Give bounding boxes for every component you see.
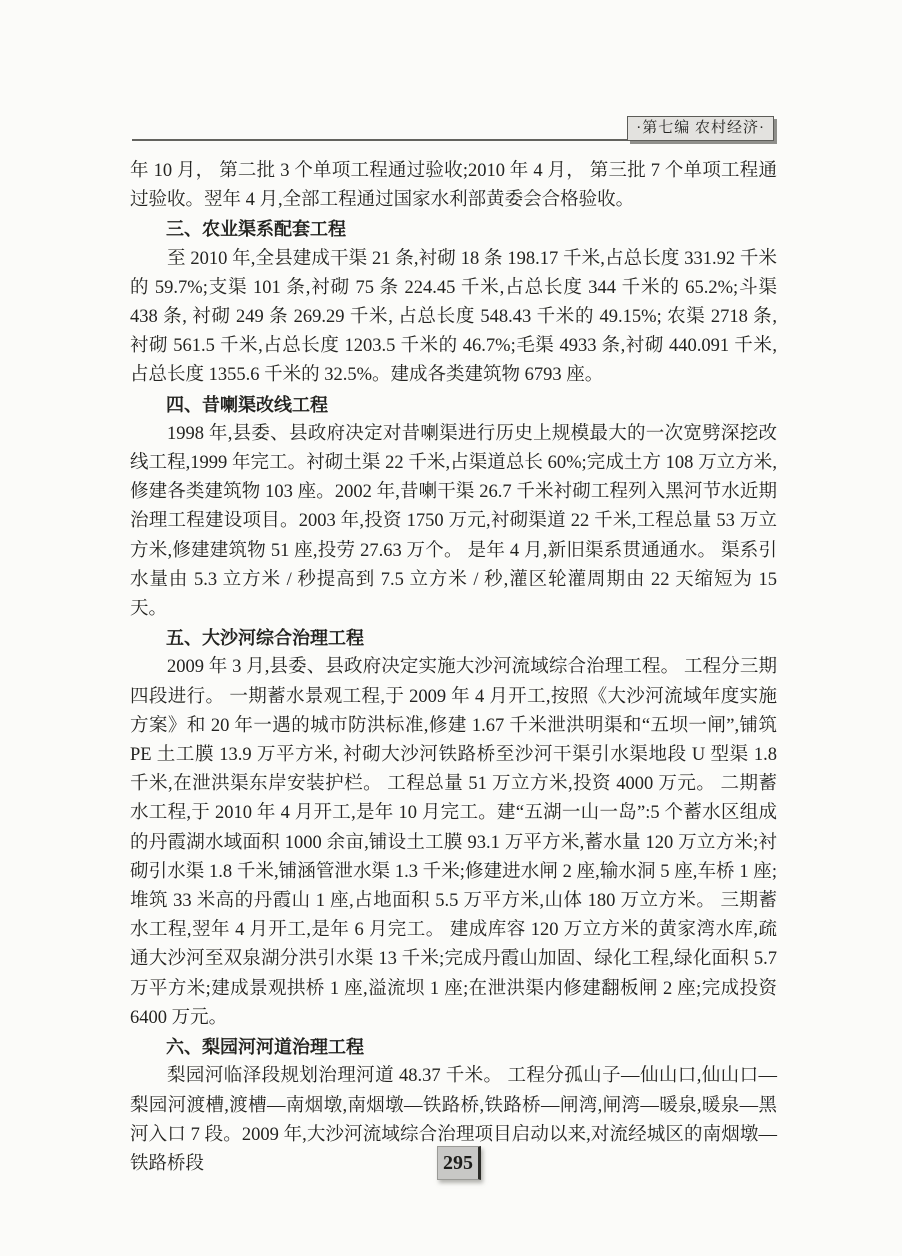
body-paragraph: 2009 年 3 月,县委、县政府决定实施大沙河流域综合治理工程。 工程分三期四… xyxy=(130,653,777,1033)
body-paragraph: 1998 年,县委、县政府决定对昔喇渠进行历史上规模最大的一次宽劈深挖改线工程,… xyxy=(130,420,777,624)
section-heading: 五、大沙河综合治理工程 xyxy=(130,624,777,653)
section-header-label: ·第七编 农村经济· xyxy=(636,120,765,136)
section-heading: 六、梨园河河道治理工程 xyxy=(130,1033,777,1062)
section-heading: 四、昔喇渠改线工程 xyxy=(130,391,777,420)
page-number-badge: 295 xyxy=(437,1146,481,1180)
section-heading: 三、农业渠系配套工程 xyxy=(130,215,777,244)
body-paragraph: 年 10 月， 第二批 3 个单项工程通过验收;2010 年 4 月， 第三批 … xyxy=(130,157,777,215)
page-number: 295 xyxy=(443,1152,473,1175)
body-paragraph: 至 2010 年,全县建成干渠 21 条,衬砌 18 条 198.17 千米,占… xyxy=(130,245,777,391)
page-body: 年 10 月， 第二批 3 个单项工程通过验收;2010 年 4 月， 第三批 … xyxy=(130,157,777,1179)
book-page: ·第七编 农村经济· 年 10 月， 第二批 3 个单项工程通过验收;2010 … xyxy=(0,0,902,1256)
section-header-badge: ·第七编 农村经济· xyxy=(627,116,774,141)
